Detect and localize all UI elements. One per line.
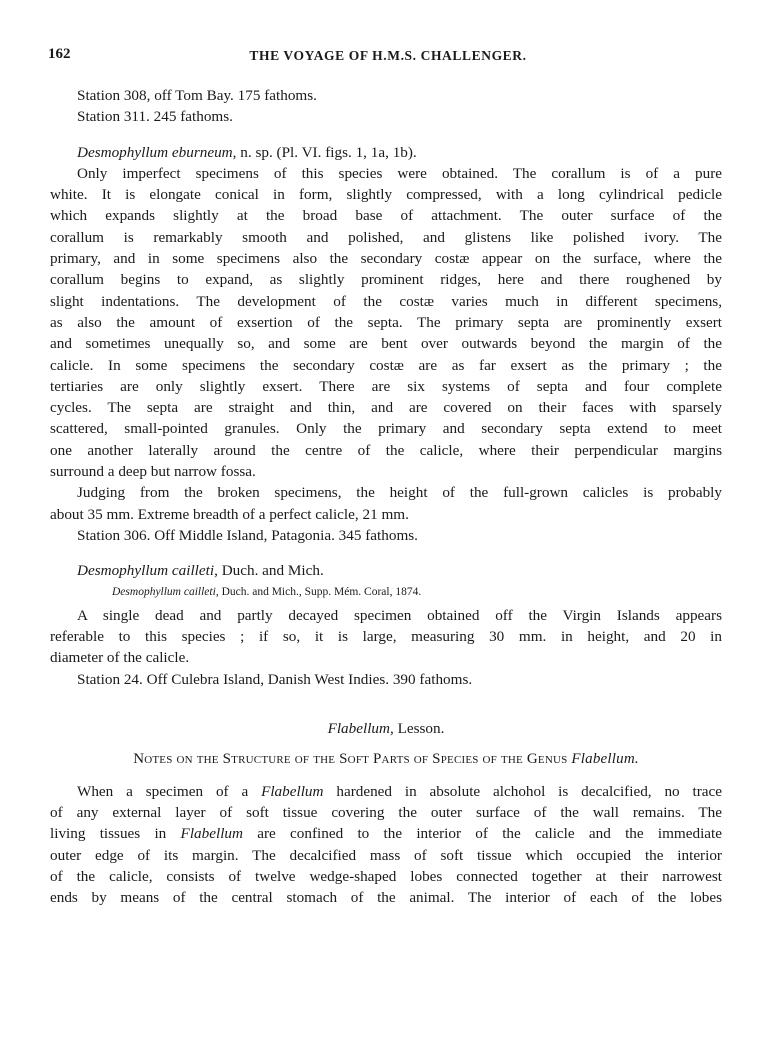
text-span: When a specimen of a — [77, 783, 261, 800]
station-line: Station 306. Off Middle Island, Patagoni… — [50, 525, 722, 546]
text-line: corallum is remarkably smooth and polish… — [50, 227, 722, 248]
text-line: diameter of the calicle. — [50, 647, 722, 668]
genus-paragraph: When a specimen of a Flabellum hardened … — [50, 781, 722, 909]
text-line: A single dead and partly decayed specime… — [50, 605, 722, 626]
species-description: A single dead and partly decayed specime… — [50, 605, 722, 669]
text-span: living tissues in — [50, 825, 181, 842]
reference-name: Desmophyllum cailleti — [112, 586, 216, 598]
species-name: Desmophyllum eburneum — [77, 144, 233, 161]
text-line: slight indentations. The development of … — [50, 291, 722, 312]
text-line: referable to this species ; if so, it is… — [50, 626, 722, 647]
text-line: cycles. The septa are straight and thin,… — [50, 397, 722, 418]
text-line: surround a deep but narrow fossa. — [50, 461, 722, 482]
running-title: THE VOYAGE OF H.M.S. CHALLENGER. — [48, 48, 728, 64]
reference-citation: , Duch. and Mich., Supp. Mém. Coral, 187… — [216, 586, 421, 598]
species-name: Desmophyllum cailleti — [77, 562, 214, 579]
text-line: as also the amount of exsertion of the s… — [50, 312, 722, 333]
text-line: When a specimen of a Flabellum hardened … — [50, 781, 722, 802]
station-line: Station 24. Off Culebra Island, Danish W… — [50, 669, 722, 690]
text-line: of the calicle, consists of twelve wedge… — [50, 866, 722, 887]
species-heading: Desmophyllum eburneum, n. sp. (Pl. VI. f… — [50, 142, 722, 163]
text-line: of any external layer of soft tissue cov… — [50, 802, 722, 823]
text-line: about 35 mm. Extreme breadth of a perfec… — [50, 504, 722, 525]
text-span: are confined to the interior of the cali… — [243, 825, 722, 842]
subheading-genus: Flabellum. — [571, 751, 638, 767]
text-line: one another laterally around the centre … — [50, 440, 722, 461]
subheading-text: Notes on the Structure of the Soft Parts… — [133, 751, 571, 767]
genus-italic: Flabellum — [181, 825, 243, 842]
running-header: 162 THE VOYAGE OF H.M.S. CHALLENGER. — [48, 46, 728, 66]
genus-authority: , Lesson. — [390, 720, 444, 737]
body-text: Station 308, off Tom Bay. 175 fathoms. S… — [50, 85, 722, 908]
species-heading: Desmophyllum cailleti, Duch. and Mich. — [50, 560, 722, 581]
size-paragraph: Judging from the broken specimens, the h… — [50, 482, 722, 525]
genus-heading: Flabellum, Lesson. — [50, 718, 722, 739]
station-line: Station 308, off Tom Bay. 175 fathoms. — [50, 85, 722, 106]
genus-italic: Flabellum — [261, 783, 323, 800]
text-line: scattered, small-pointed granules. Only … — [50, 418, 722, 439]
text-line: corallum begins to expand, as slightly p… — [50, 269, 722, 290]
text-line: Judging from the broken specimens, the h… — [50, 482, 722, 503]
text-span: hardened in absolute alchohol is decalci… — [324, 783, 723, 800]
text-line: Only imperfect specimens of this species… — [50, 163, 722, 184]
document-page: 162 THE VOYAGE OF H.M.S. CHALLENGER. Sta… — [0, 0, 776, 1050]
text-line: tertiaries are only slightly exsert. The… — [50, 376, 722, 397]
genus-name: Flabellum — [328, 720, 390, 737]
text-line: which expands slightly at the broad base… — [50, 205, 722, 226]
species-description: Only imperfect specimens of this species… — [50, 163, 722, 482]
text-line: outer edge of its margin. The decalcifie… — [50, 845, 722, 866]
text-line: calicle. In some specimens the secondary… — [50, 355, 722, 376]
section-subheading: Notes on the Structure of the Soft Parts… — [50, 749, 722, 770]
species-authority: , n. sp. (Pl. VI. figs. 1, 1a, 1b). — [233, 144, 417, 161]
text-line: living tissues in Flabellum are confined… — [50, 823, 722, 844]
text-line: ends by means of the central stomach of … — [50, 887, 722, 908]
species-reference: Desmophyllum cailleti, Duch. and Mich., … — [50, 582, 722, 603]
species-authority: , Duch. and Mich. — [214, 562, 324, 579]
station-line: Station 311. 245 fathoms. — [50, 106, 722, 127]
text-line: white. It is elongate conical in form, s… — [50, 184, 722, 205]
text-line: primary, and in some specimens also the … — [50, 248, 722, 269]
text-line: and sometimes unequally so, and some are… — [50, 333, 722, 354]
